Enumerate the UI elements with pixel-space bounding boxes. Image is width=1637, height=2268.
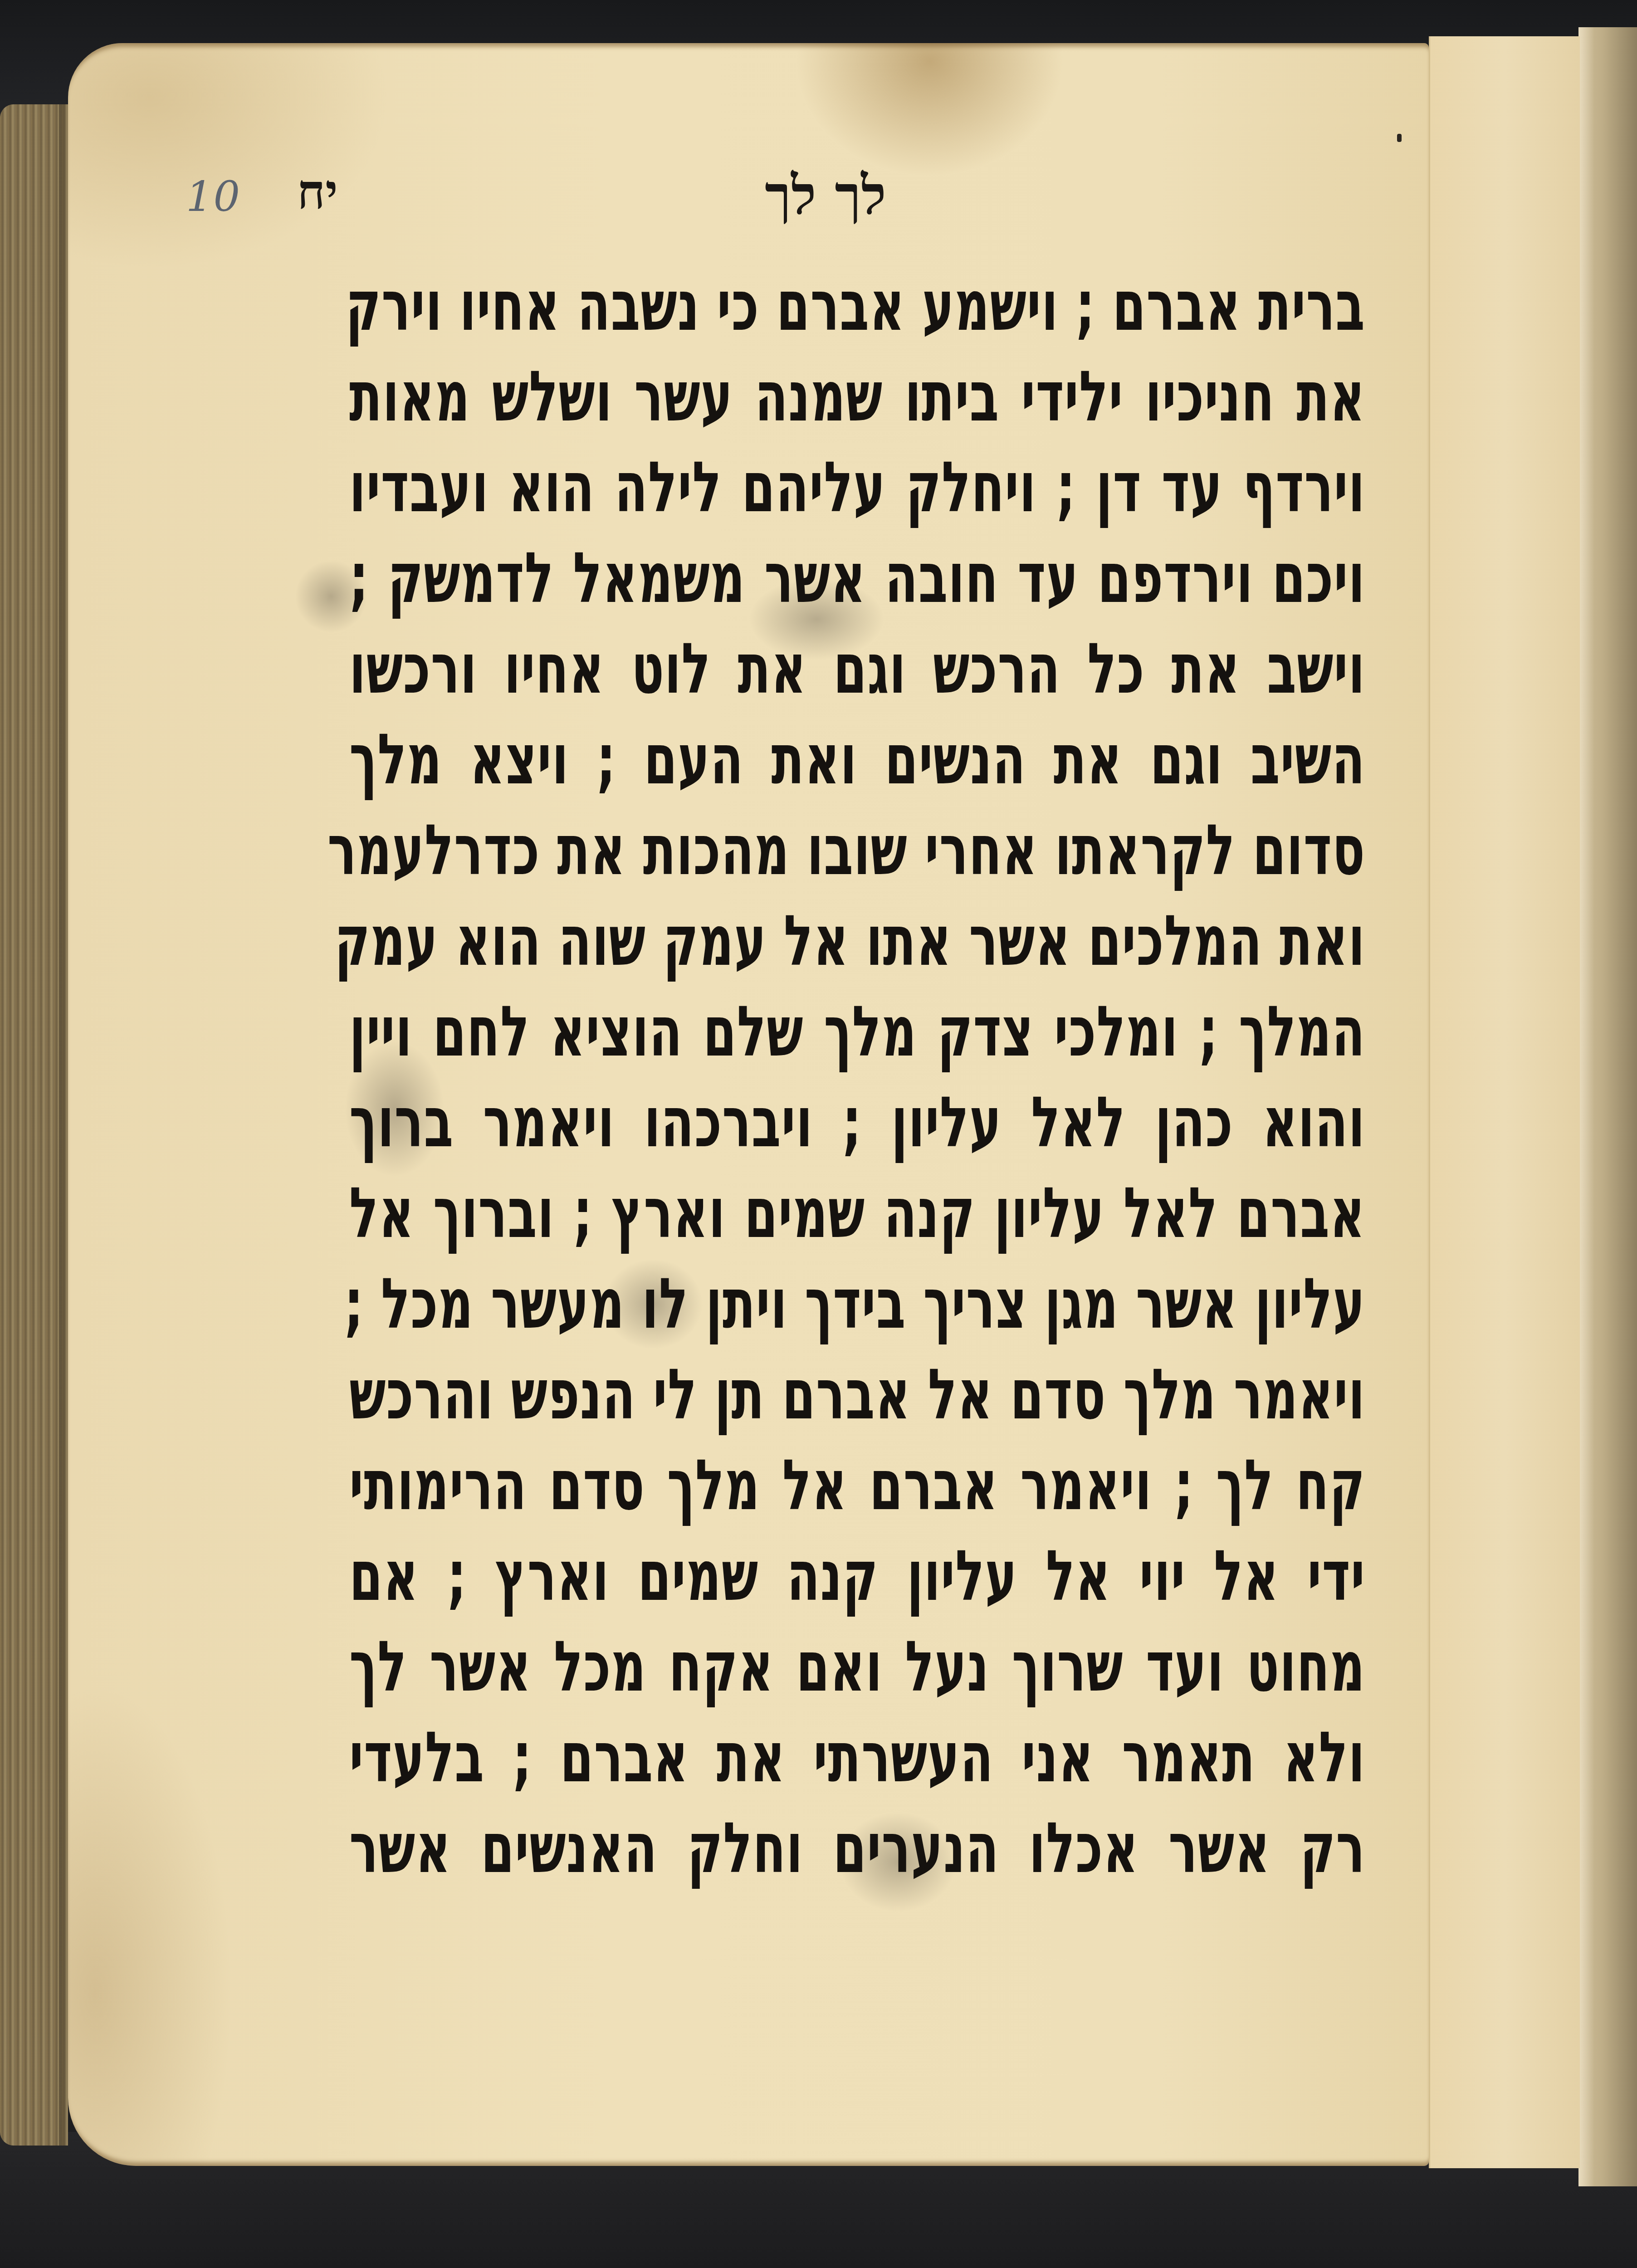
running-head-parasha: לך לך — [699, 163, 953, 227]
page-gutter-margin — [1429, 36, 1580, 2168]
manuscript-text-block: ברית אברם ; וישמע אברם כי נשבה אחיו וירק… — [349, 261, 1365, 1894]
text-line-18: רק אשר אכלו הנערים וחלק האנשים אשר — [349, 1783, 1365, 1914]
book-fore-edge — [0, 104, 68, 2146]
book-binding-edge — [1578, 27, 1637, 2186]
hebrew-page-number: יח — [297, 163, 338, 220]
ink-dot-mark — [1397, 134, 1402, 142]
pencil-folio-number: 10 — [186, 172, 241, 221]
